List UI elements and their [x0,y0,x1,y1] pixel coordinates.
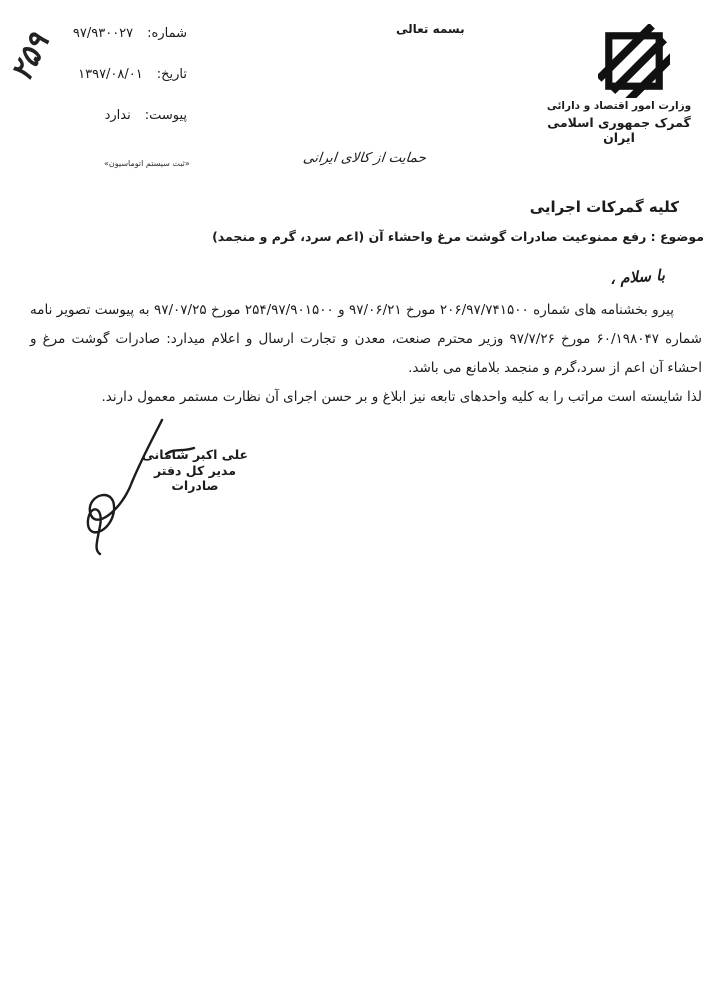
automation-note: «ثبت سیستم اتوماسیون» [104,159,190,168]
besmele-heading: بسمه تعالی [396,22,465,36]
attachment-value: ندارد [105,108,131,123]
date-value: ۱۳۹۷/۰۸/۰۱ [78,67,143,82]
customs-name: گمرک جمهوری اسلامی ایران [531,115,707,145]
year-slogan: حمایت از کالای ایرانی [302,150,427,166]
scanned-letter-page: ۲۵۹ شماره: ۹۷/۹۳۰۰۲۷ تاریخ: ۱۳۹۷/۰۸/۰۱ پ… [0,0,711,1000]
letter-body: پیرو بخشنامه های شماره ۲۰۶/۹۷/۷۴۱۵۰۰ مور… [30,296,702,412]
customs-logo-icon [598,24,670,98]
meta-row-number: شماره: ۹۷/۹۳۰۰۲۷ [27,26,187,41]
handwritten-signature [70,418,230,558]
meta-row-date: تاریخ: ۱۳۹۷/۰۸/۰۱ [27,67,187,82]
number-label: شماره: [147,26,187,41]
salutation: با سلام ، [610,266,666,288]
meta-row-attachment: پیوست: ندارد [27,108,187,123]
body-paragraph-1: پیرو بخشنامه های شماره ۲۰۶/۹۷/۷۴۱۵۰۰ مور… [30,296,702,383]
body-paragraph-2: لذا شایسته است مراتب را به کلیه واحدهای … [30,383,702,412]
attachment-label: پیوست: [145,108,187,123]
number-value: ۹۷/۹۳۰۰۲۷ [73,26,133,41]
date-label: تاریخ: [157,67,187,82]
recipient-heading: کلیه گمرکات اجرایی [530,198,679,216]
subject-line: موضوع : رفع ممنوعیت صادرات گوشت مرغ واحش… [295,229,704,244]
organization-block: وزارت امور اقتصاد و دارائی گمرک جمهوری ا… [531,100,707,145]
letter-meta: شماره: ۹۷/۹۳۰۰۲۷ تاریخ: ۱۳۹۷/۰۸/۰۱ پیوست… [27,26,187,149]
ministry-name: وزارت امور اقتصاد و دارائی [531,100,707,112]
